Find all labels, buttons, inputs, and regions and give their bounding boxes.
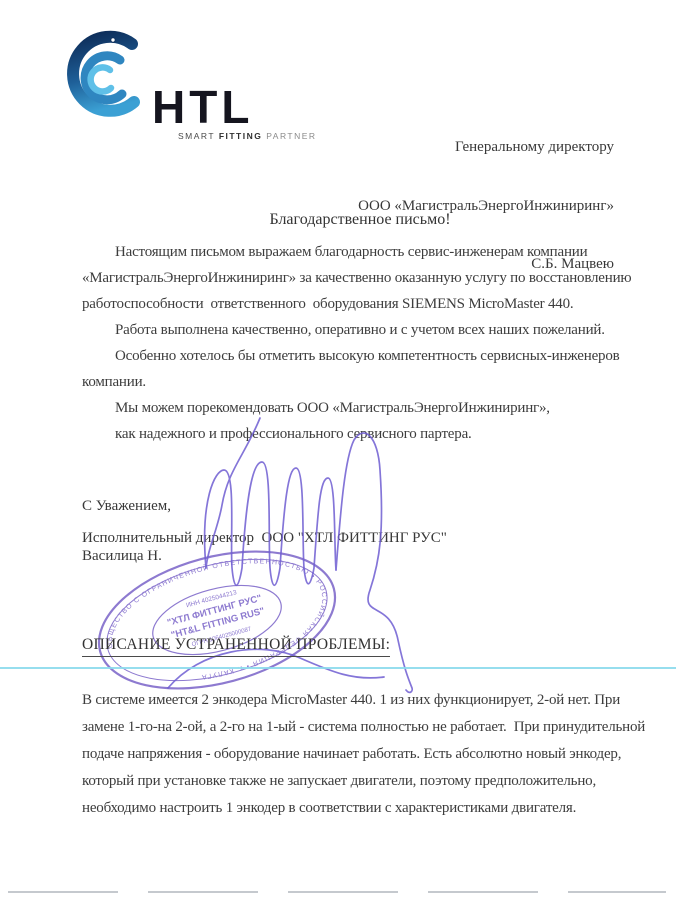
htl-logo: HTL SMART FITTING PARTNER [50,28,290,124]
closing-name-line: Василица Н. [82,548,162,565]
addressee-line: Генеральному директору [358,138,614,158]
problem-line: подаче напряжения - оборудование начинае… [82,741,662,768]
logo-tagline: SMART FITTING PARTNER [178,131,317,141]
letter-body: Настоящим письмом выражаем благодарность… [82,239,622,447]
closing-position-line: Исполнительный директор ООО "ХТЛ ФИТТИНГ… [82,530,447,547]
logo-wordmark: HTL [152,84,253,130]
body-line: как надежного и профессионального сервис… [82,421,622,447]
cyan-scan-divider [0,667,676,669]
svg-text:ОБЩЕСТВО С ОГРАНИЧЕННОЙ ОТВЕТС: ОБЩЕСТВО С ОГРАНИЧЕННОЙ ОТВЕТСТВЕННОСТЬЮ… [93,546,341,694]
scanned-letter-page: HTL SMART FITTING PARTNER Генеральному д… [0,0,676,899]
body-line: «МагистральЭнергоИнжиниринг» за качестве… [82,265,622,291]
body-line: Особенно хотелось бы отметить высокую ко… [82,343,622,369]
problem-line: необходимо настроить 1 энкодер в соответ… [82,795,662,822]
stamp-name-ru: "ХТЛ ФИТТИНГ РУС" [166,593,263,629]
closing-regards: С Уважением, [82,498,171,515]
stamp-inn: ИНН 4025044213 [185,589,237,609]
problem-body: В системе имеется 2 энкодера MicroMaster… [82,687,662,822]
body-line: Работа выполнена качественно, оперативно… [82,317,622,343]
body-line: компании. [82,369,622,395]
problem-line: который при установке также не запускает… [82,768,662,795]
company-stamp: ОБЩЕСТВО С ОГРАНИЧЕННОЙ ОТВЕТСТВЕННОСТЬЮ… [86,546,348,694]
stamp-ring-text: ОБЩЕСТВО С ОГРАНИЧЕННОЙ ОТВЕТСТВЕННОСТЬЮ… [93,546,341,694]
tagline-smart: SMART [178,131,219,141]
letter-title: Благодарственное письмо! [60,211,660,229]
problem-heading: ОПИСАНИЕ УСТРАНЕННОЙ ПРОБЛЕМЫ: [82,636,390,657]
problem-line: замене 1-го-на 2-ой, а 2-го на 1-ый - си… [82,714,662,741]
tagline-partner: PARTNER [262,131,316,141]
body-line: Мы можем порекомендовать ООО «Магистраль… [82,395,622,421]
tagline-fitting: FITTING [219,131,263,141]
body-line: работоспособности ответственного оборудо… [82,291,622,317]
body-line: Настоящим письмом выражаем благодарность… [82,239,622,265]
wave-logo-icon [50,30,146,126]
problem-line: В системе имеется 2 энкодера MicroMaster… [82,687,662,714]
scan-edge-artifact [8,891,666,893]
